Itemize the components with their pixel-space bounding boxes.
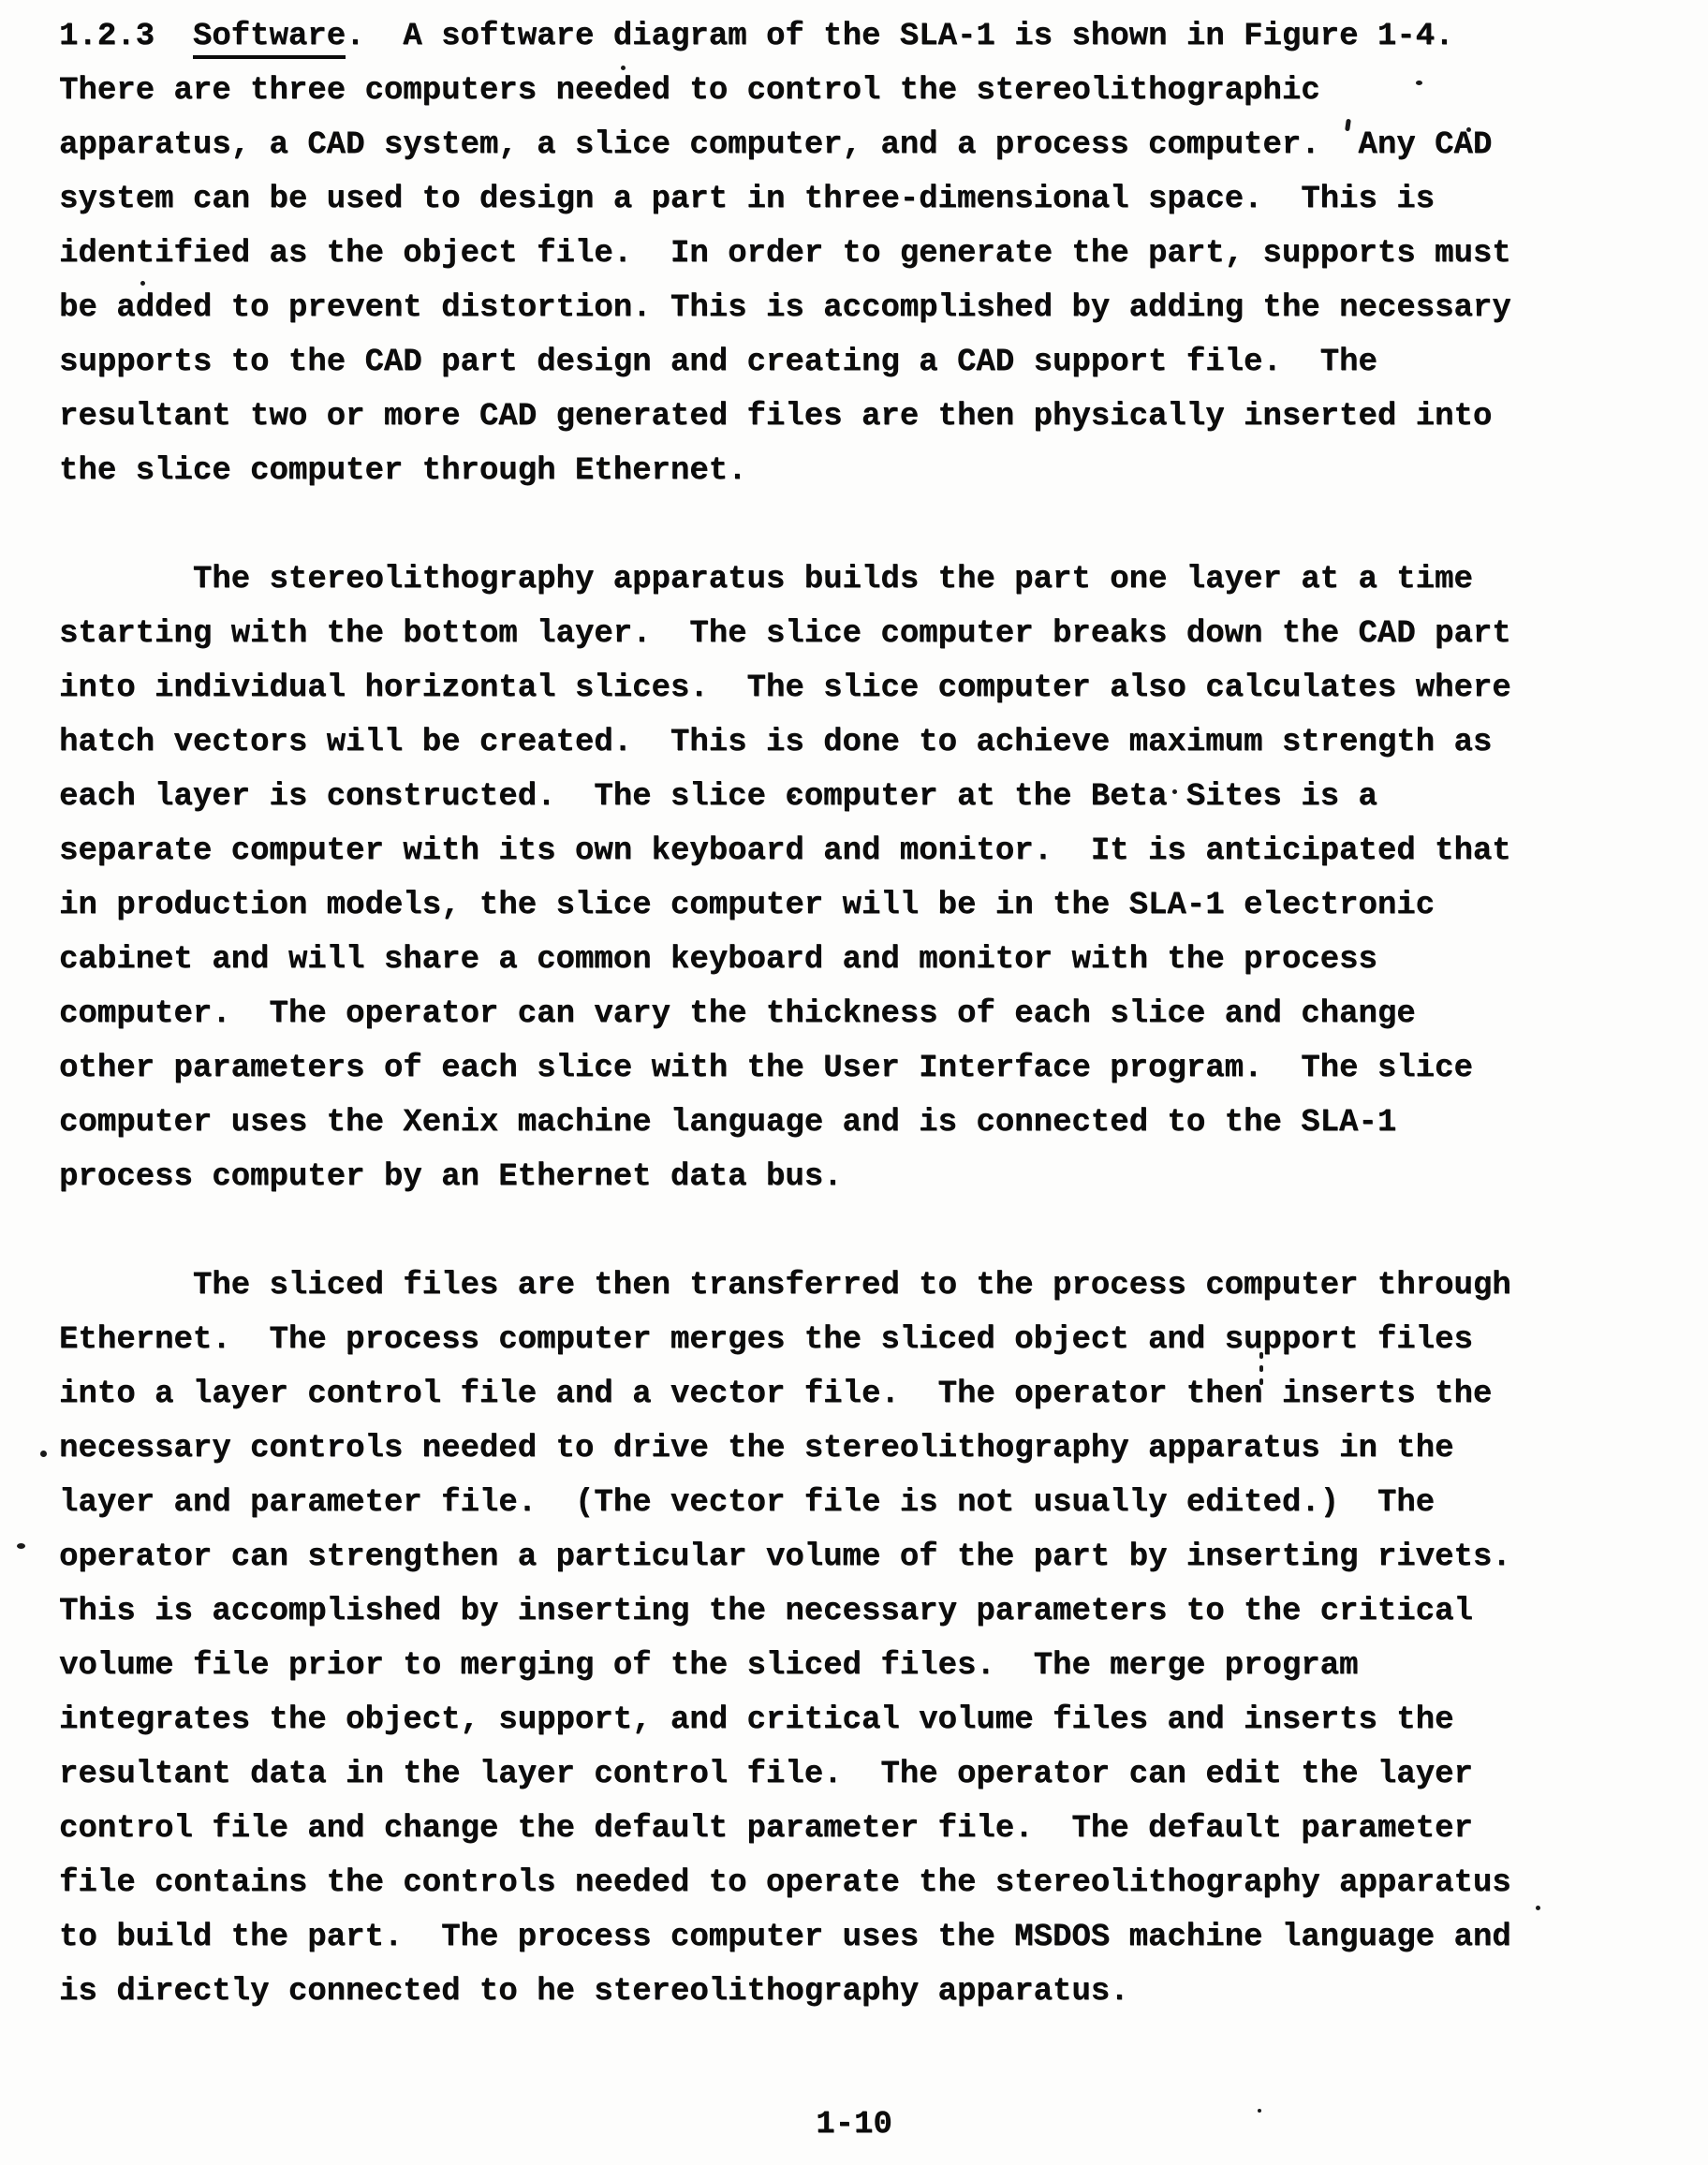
paragraph-3: The sliced files are then transferred to… [59,1259,1656,2019]
scan-artifact [1536,1906,1540,1910]
scan-artifact [1259,1378,1263,1385]
scan-artifact [17,1543,25,1549]
section-title: Software [193,19,346,59]
scan-artifact [40,1451,47,1457]
heading-gap [155,19,193,54]
document-body: 1.2.3 Software. A software diagram of th… [59,9,1656,2019]
scan-artifact [1466,127,1471,132]
scan-artifact [791,794,796,799]
section-heading: 1.2.3 Software. A software diagram of th… [59,9,1656,64]
scan-artifact [1259,1365,1263,1372]
section-number: 1.2.3 [59,19,155,54]
scan-artifact [1172,789,1177,794]
section-heading-text: . A software diagram of the SLA-1 is sho… [346,19,1453,54]
scan-artifact [1416,81,1422,85]
scan-artifact [1259,1352,1263,1359]
scan-artifact [140,281,145,286]
scan-artifact [1258,2109,1261,2113]
page-number: 1-10 [0,2098,1708,2152]
paragraph-2: The stereolithography apparatus builds t… [59,552,1656,1204]
scan-artifact [621,66,626,70]
scanned-document-page: 1.2.3 Software. A software diagram of th… [0,0,1708,2165]
paragraph-1: There are three computers needed to cont… [59,64,1656,498]
